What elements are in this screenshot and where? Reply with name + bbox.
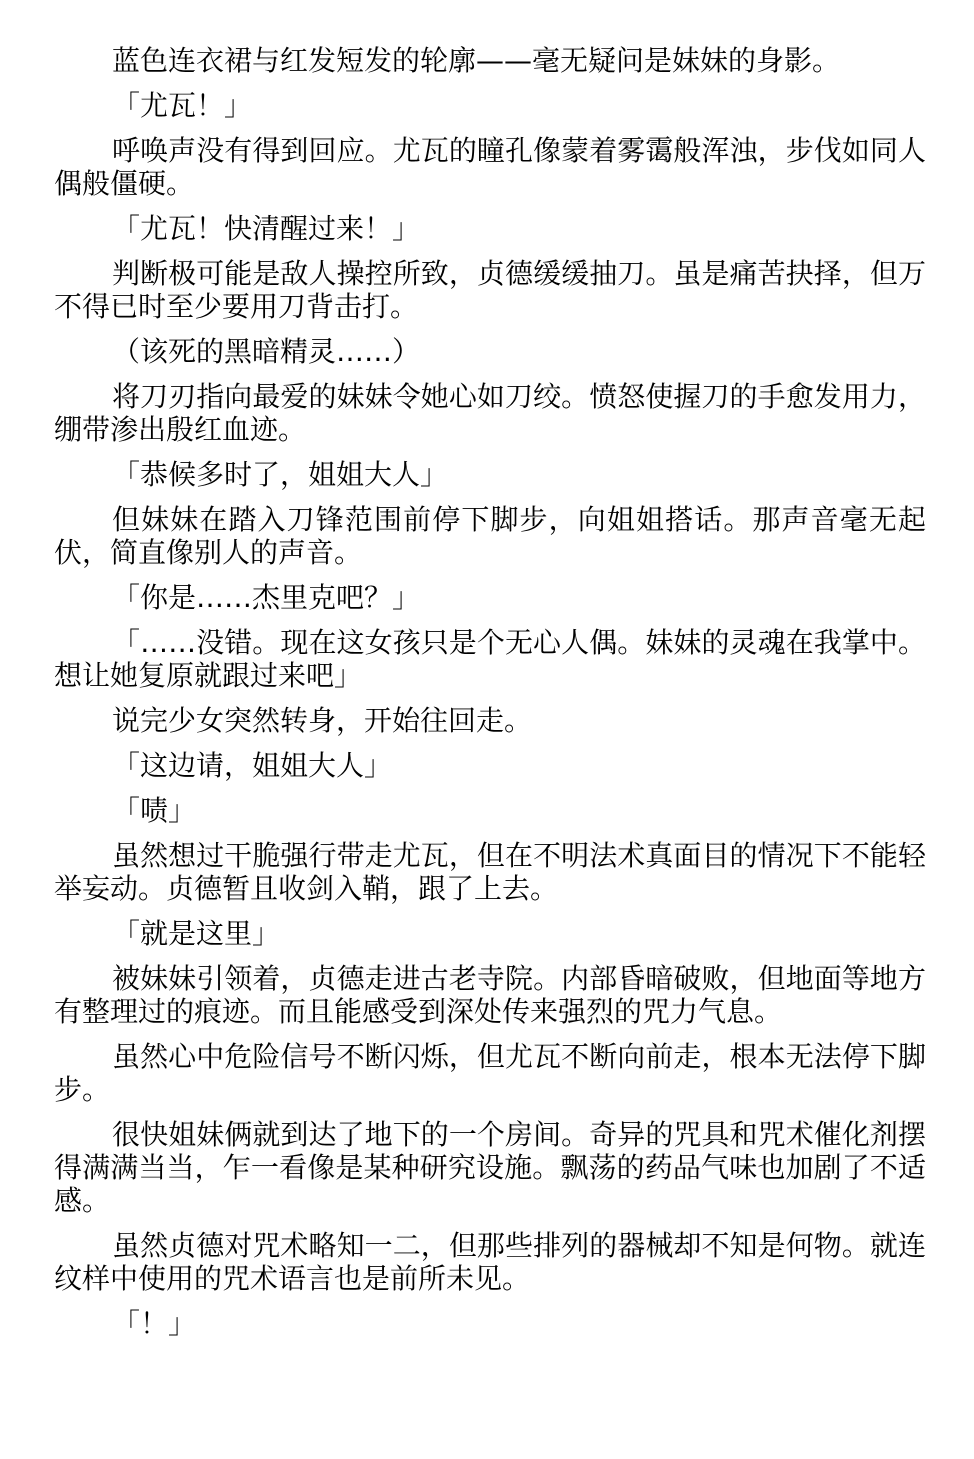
paragraph-14: 「啧」 — [54, 794, 926, 827]
paragraph-4: 「尤瓦！快清醒过来！」 — [54, 212, 926, 245]
paragraph-13: 「这边请，姐姐大人」 — [54, 749, 926, 782]
paragraph-1: 蓝色连衣裙与红发短发的轮廓——毫无疑问是妹妹的身影。 — [54, 44, 926, 77]
paragraph-11: 「……没错。现在这女孩只是个无心人偶。妹妹的灵魂在我掌中。想让她复原就跟过来吧」 — [54, 626, 926, 692]
paragraph-17: 被妹妹引领着，贞德走进古老寺院。内部昏暗破败，但地面等地方有整理过的痕迹。而且能… — [54, 962, 926, 1028]
paragraph-19: 很快姐妹俩就到达了地下的一个房间。奇异的咒具和咒术催化剂摆得满满当当，乍一看像是… — [54, 1118, 926, 1217]
paragraph-7: 将刀刃指向最爱的妹妹令她心如刀绞。愤怒使握刀的手愈发用力，绷带渗出殷红血迹。 — [54, 380, 926, 446]
paragraph-21: 「！」 — [54, 1307, 926, 1340]
paragraph-15: 虽然想过干脆强行带走尤瓦，但在不明法术真面目的情况下不能轻举妄动。贞德暂且收剑入… — [54, 839, 926, 905]
paragraph-20: 虽然贞德对咒术略知一二，但那些排列的器械却不知是何物。就连纹样中使用的咒术语言也… — [54, 1229, 926, 1295]
paragraph-18: 虽然心中危险信号不断闪烁，但尤瓦不断向前走，根本无法停下脚步。 — [54, 1040, 926, 1106]
paragraph-5: 判断极可能是敌人操控所致，贞德缓缓抽刀。虽是痛苦抉择，但万不得已时至少要用刀背击… — [54, 257, 926, 323]
paragraph-6: （该死的黑暗精灵……） — [54, 335, 926, 368]
paragraph-2: 「尤瓦！」 — [54, 89, 926, 122]
paragraph-10: 「你是……杰里克吧？」 — [54, 581, 926, 614]
paragraph-16: 「就是这里」 — [54, 917, 926, 950]
paragraph-12: 说完少女突然转身，开始往回走。 — [54, 704, 926, 737]
paragraph-3: 呼唤声没有得到回应。尤瓦的瞳孔像蒙着雾霭般浑浊，步伐如同人偶般僵硬。 — [54, 134, 926, 200]
paragraph-8: 「恭候多时了，姐姐大人」 — [54, 458, 926, 491]
paragraph-9: 但妹妹在踏入刀锋范围前停下脚步，向姐姐搭话。那声音毫无起伏，简直像别人的声音。 — [54, 503, 926, 569]
document-page: 蓝色连衣裙与红发短发的轮廓——毫无疑问是妹妹的身影。 「尤瓦！」 呼唤声没有得到… — [54, 44, 926, 1352]
